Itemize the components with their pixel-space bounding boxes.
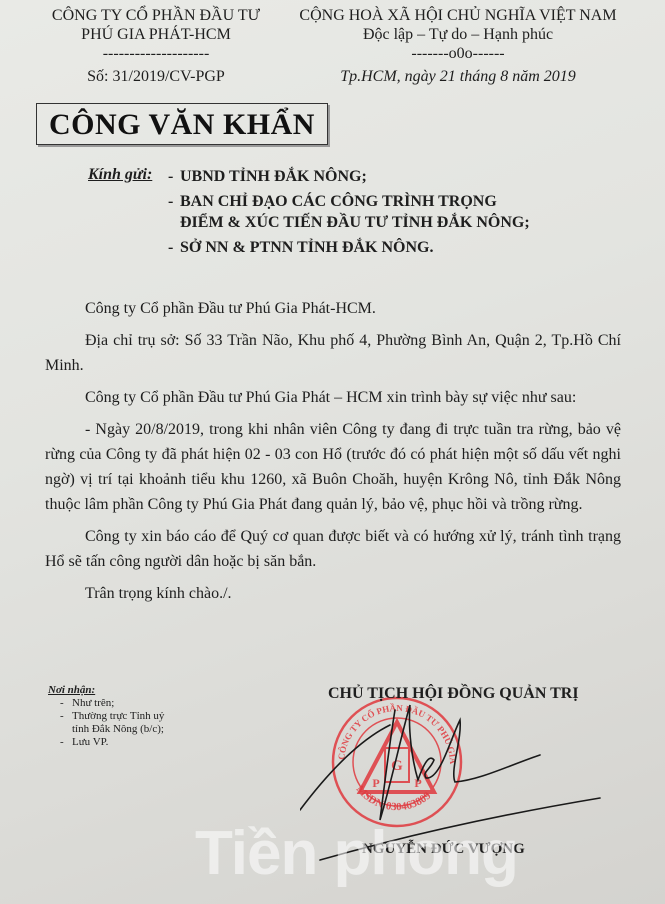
body-paragraph: Địa chỉ trụ sở: Số 33 Trần Não, Khu phố … <box>45 328 621 378</box>
distribution-item: Thường trực Tỉnh uỷ tỉnh Đắk Nông (b/c); <box>60 710 182 736</box>
body-paragraph: Công ty Cổ phần Đầu tư Phú Gia Phát-HCM. <box>45 296 621 321</box>
letter-body: Công ty Cổ phần Đầu tư Phú Gia Phát-HCM.… <box>45 296 621 613</box>
recipients-label: Kính gửi: <box>88 166 152 184</box>
body-paragraph: Công ty xin báo cáo để Quý cơ quan được … <box>45 524 621 574</box>
body-paragraph: Công ty Cổ phần Đầu tư Phú Gia Phát – HC… <box>45 385 621 410</box>
distribution-label: Nơi nhận: <box>48 684 182 697</box>
company-header: CÔNG TY CỔ PHẦN ĐẦU TƯ PHÚ GIA PHÁT-HCM … <box>36 6 276 86</box>
document-title: CÔNG VĂN KHẨN <box>36 103 328 145</box>
place-date: Tp.HCM, ngày 21 tháng 8 năm 2019 <box>268 67 648 86</box>
distribution-item: Như trên; <box>60 697 182 710</box>
recipient-item: -BAN CHỈ ĐẠO CÁC CÔNG TRÌNH TRỌNG ĐIỂM &… <box>168 191 540 233</box>
body-paragraph: - Ngày 20/8/2019, trong khi nhân viên Cô… <box>45 417 621 517</box>
company-name-line1: CÔNG TY CỔ PHẦN ĐẦU TƯ <box>36 6 276 25</box>
document-number: Số: 31/2019/CV-PGP <box>36 67 276 86</box>
recipient-item: -SỞ NN & PTNN TỈNH ĐẮK NÔNG. <box>168 237 540 258</box>
motto-divider: -------o0o------ <box>268 44 648 63</box>
nation-title: CỘNG HOÀ XÃ HỘI CHỦ NGHĨA VIỆT NAM <box>268 6 648 25</box>
motto: Độc lập – Tự do – Hạnh phúc <box>268 25 648 44</box>
distribution-list: Nơi nhận: Như trên; Thường trực Tỉnh uỷ … <box>48 684 182 749</box>
body-paragraph: Trân trọng kính chào./. <box>45 581 621 606</box>
distribution-item: Lưu VP. <box>60 736 182 749</box>
nation-header: CỘNG HOÀ XÃ HỘI CHỦ NGHĨA VIỆT NAM Độc l… <box>268 6 648 86</box>
company-name-line2: PHÚ GIA PHÁT-HCM <box>36 25 276 44</box>
company-divider: -------------------- <box>36 44 276 63</box>
recipients-list: -UBND TỈNH ĐẮK NÔNG; -BAN CHỈ ĐẠO CÁC CÔ… <box>168 166 540 262</box>
recipient-item: -UBND TỈNH ĐẮK NÔNG; <box>168 166 540 187</box>
publisher-watermark: Tiền phong <box>195 818 518 889</box>
